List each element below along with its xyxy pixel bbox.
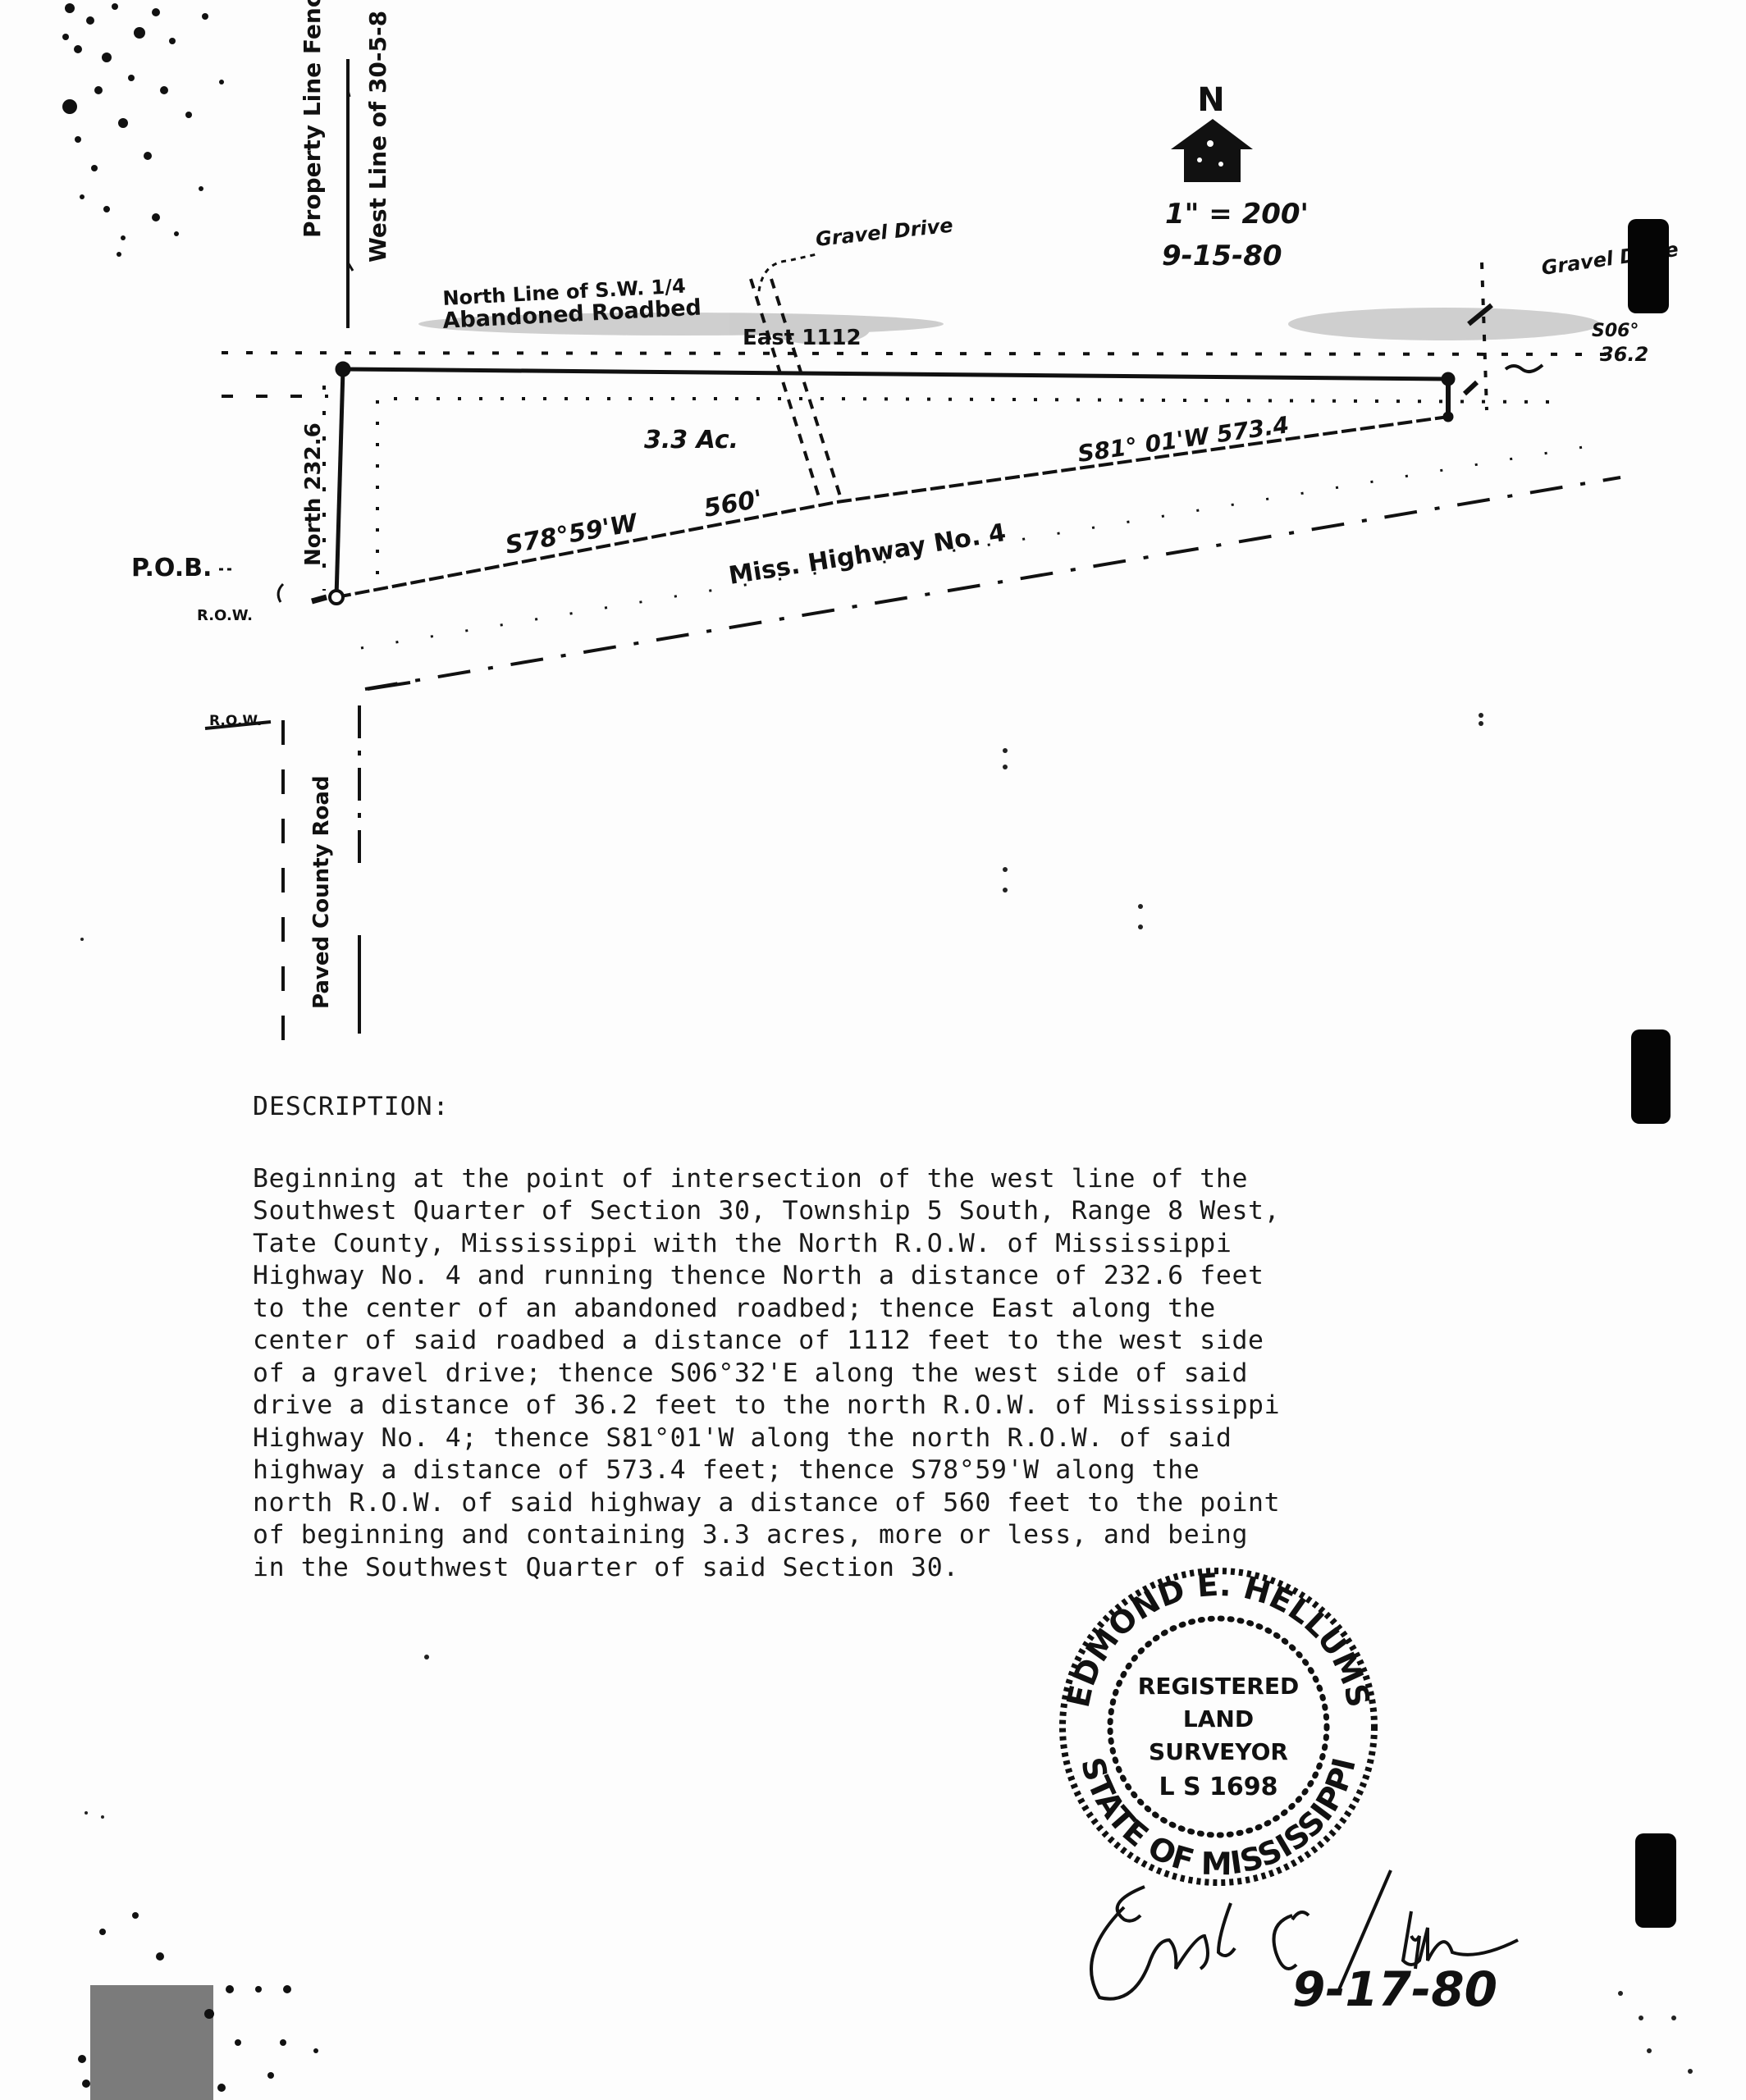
bearing-s06-label: S06° xyxy=(1592,321,1639,341)
signature-date: 9-17-80 xyxy=(1292,1961,1497,2017)
east-bearing-label: East 1112 xyxy=(743,326,862,350)
description-line: drive a distance of 36.2 feet to the nor… xyxy=(253,1390,1565,1422)
scan-edge-tab xyxy=(1635,1833,1676,1928)
scale-label: 1" = 200' xyxy=(1165,198,1309,231)
description-line: Highway No. 4 and running thence North a… xyxy=(253,1260,1565,1293)
scan-edge-tab xyxy=(1631,1029,1671,1124)
description-line: of beginning and containing 3.3 acres, m… xyxy=(253,1519,1565,1552)
survey-plat-page: Property Line Fence West Line of 30-5-8 xyxy=(0,0,1746,2100)
plat-date-label: 9-15-80 xyxy=(1162,240,1282,272)
s06-leader xyxy=(1465,382,1477,394)
gravel-drive-label-west: Gravel Drive xyxy=(815,214,954,251)
description-title: DESCRIPTION: xyxy=(253,1091,1565,1124)
scan-noise-bottom-left xyxy=(78,1912,318,2100)
area-label: 3.3 Ac. xyxy=(644,426,738,454)
description-line: Tate County, Mississippi with the North … xyxy=(253,1228,1565,1261)
north-label: N xyxy=(1197,81,1224,119)
description-line: north R.O.W. of said highway a distance … xyxy=(253,1487,1565,1520)
pob-label: P.O.B. xyxy=(131,554,212,582)
distance-36-label: 36.2 xyxy=(1600,343,1648,366)
description-line: highway a distance of 573.4 feet; thence… xyxy=(253,1454,1565,1487)
scan-edge-tab xyxy=(1628,219,1669,313)
highway-label: Miss. Highway No. 4 xyxy=(727,518,1008,591)
surveyor-seal: EDMOND E. HELLUMS STATE OF MISSISSIPPI R… xyxy=(1060,1567,1377,1883)
property-line-fence-label: Property Line Fence xyxy=(299,0,326,238)
west-line-label: West Line of 30-5-8 xyxy=(364,11,391,262)
description-line: center of said roadbed a distance of 111… xyxy=(253,1325,1565,1358)
description-line: Beginning at the point of intersection o… xyxy=(253,1163,1565,1196)
seal-line-1: REGISTERED xyxy=(1138,1673,1299,1700)
description-line: of a gravel drive; thence S06°32'E along… xyxy=(253,1358,1565,1390)
row-label-west: R.O.W. xyxy=(197,607,253,624)
seal-license: L S 1698 xyxy=(1159,1773,1278,1801)
parcel-boundary xyxy=(330,362,1455,604)
row-label-county: R.O.W. xyxy=(209,713,262,729)
north-bearing-label: North 232.6 xyxy=(301,422,326,566)
legal-description: DESCRIPTION: Beginning at the point of i… xyxy=(253,1091,1565,1584)
highway-south-row xyxy=(365,477,1620,689)
scan-noise-top-left xyxy=(62,3,224,257)
description-line: Highway No. 4; thence S81°01'W along the… xyxy=(253,1422,1565,1455)
description-line: in the Southwest Quarter of said Section… xyxy=(253,1552,1565,1585)
pob-arrow xyxy=(312,597,327,601)
west-section-line xyxy=(348,59,353,328)
plat-drawing: Property Line Fence West Line of 30-5-8 xyxy=(0,0,1746,2100)
description-line: to the center of an abandoned roadbed; t… xyxy=(253,1293,1565,1326)
gravel-drive-west xyxy=(751,279,841,502)
seal-line-3: SURVEYOR xyxy=(1149,1738,1288,1765)
tilde-mark xyxy=(1506,365,1543,372)
bearing-s81-label: S81° 01'W 573.4 xyxy=(1076,411,1291,468)
description-line: Southwest Quarter of Section 30, Townshi… xyxy=(253,1195,1565,1228)
gravel-drive-leader xyxy=(759,254,816,291)
row-leader xyxy=(278,584,283,602)
county-road-label: Paved County Road xyxy=(309,775,334,1009)
seal-line-2: LAND xyxy=(1183,1705,1254,1732)
county-road xyxy=(205,682,410,1042)
north-arrow-icon xyxy=(1171,119,1253,182)
north-line-of-sw-quarter xyxy=(222,353,1608,354)
